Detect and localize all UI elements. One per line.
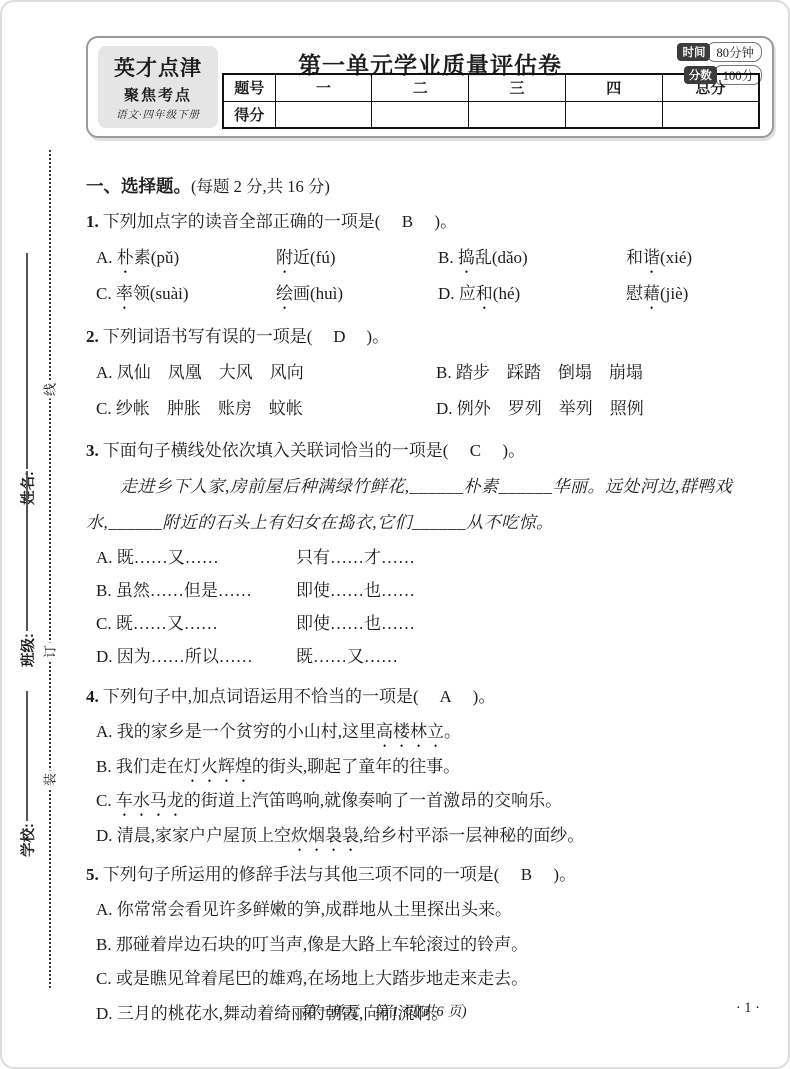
question-5-stem: 5.下列句子所运用的修辞手法与其他三项不同的一项是(B)。 (86, 857, 762, 893)
option-d-left: D. 因为……所以…… (96, 640, 296, 673)
time-label: 时间 (677, 43, 710, 61)
question-4-text: 下列句子中,加点词语运用不恰当的一项是( (103, 687, 419, 706)
score-cell (275, 101, 372, 128)
exam-content: 一、选择题。(每题 2 分,共 16 分) 1.下列加点字的读音全部正确的一项是… (86, 168, 762, 1031)
school-field: 学校: (16, 691, 38, 857)
option-word: C. 率领(suài) (96, 276, 276, 312)
question-1-tail: )。 (434, 212, 457, 231)
question-2-stem: 2.下列词语书写有误的一项是(D)。 (86, 319, 762, 355)
option-word: 慰藉(jiè) (626, 276, 762, 312)
binding-dotted-line (49, 150, 51, 988)
option-a-left: A. 既……又…… (96, 541, 296, 574)
question-4-answer: A (419, 679, 473, 715)
score-label: 分数 (684, 66, 717, 84)
option-b-left: B. 虽然……但是…… (96, 574, 296, 607)
class-field-label: 班级: (17, 633, 38, 667)
option-c: C. 或是瞧见耸着尾巴的雄鸡,在场地上大踏步地走来走去。 (96, 962, 762, 997)
question-3-stem: 3.下面句子横线处依次填入关联词恰当的一项是(C)。 (86, 433, 762, 469)
question-2-number: 2. (86, 327, 99, 346)
option-word: A. 朴素(pǔ) (96, 240, 276, 276)
question-4-stem: 4.下列句子中,加点词语运用不恰当的一项是(A)。 (86, 679, 762, 715)
name-field-blank (26, 253, 28, 469)
question-3-tail: )。 (502, 441, 525, 460)
footer-unit-page-info: 第一单元 第 1 页(共6 页) (301, 1000, 467, 1021)
option-c-left: C. 既……又…… (96, 607, 296, 640)
question-1-text: 下列加点字的读音全部正确的一项是( (103, 212, 381, 231)
section-heading: 一、选择题。(每题 2 分,共 16 分) (86, 168, 762, 204)
question-5-number: 5. (86, 865, 99, 884)
publisher-logo: 英才点津 聚焦考点 语文·四年级下册 (98, 46, 218, 128)
option-word: B. 捣乱(dǎo) (438, 240, 626, 276)
class-field-blank (26, 471, 28, 631)
score-row-label: 得分 (223, 101, 275, 128)
score-table-header-row: 题号 一 二 三 四 总分 (223, 74, 759, 101)
question-1-number: 1. (86, 212, 99, 231)
question-3-number: 3. (86, 441, 99, 460)
score-cell (662, 101, 759, 128)
question-2-tail: )。 (366, 327, 389, 346)
col-four: 四 (565, 74, 662, 101)
option-a: A. 你常常会看见许多鲜嫩的笋,成群地从土里探出头来。 (96, 893, 762, 928)
question-3-text: 下面句子横线处依次填入关联词恰当的一项是( (103, 441, 449, 460)
option-b: B. 我们走在灯火辉煌的街头,聊起了童年的往事。 (96, 750, 762, 785)
question-3-options: A. 既……又…… 只有……才…… B. 虽然……但是…… 即使……也…… C.… (96, 541, 762, 673)
option-word: D. 应和(hé) (438, 276, 626, 312)
question-3-passage: 走进乡下人家,房前屋后种满绿竹鲜花,______朴素______华丽。远处河边,… (86, 469, 762, 541)
binding-char-xian: 线 (41, 381, 60, 399)
option-c: C. 车水马龙的街道上汽笛鸣响,就像奏响了一首激昂的交响乐。 (96, 784, 762, 819)
option-d: D. 清晨,家家户户屋顶上空炊烟袅袅,给乡村平添一层神秘的面纱。 (96, 819, 762, 854)
question-3-answer: C (448, 433, 502, 469)
binding-char-zhuang: 装 (41, 771, 60, 789)
question-5-answer: B (499, 857, 553, 893)
option-a-right: 只有……才…… (296, 541, 762, 574)
option-d-right: 既……又…… (296, 640, 762, 673)
option-word: 绘画(huì) (276, 276, 438, 312)
class-field: 班级: (16, 471, 38, 667)
question-1-options: A. 朴素(pǔ) 附近(fú) B. 捣乱(dǎo) 和谐(xié) C. 率… (96, 240, 762, 312)
score-cell (372, 101, 469, 128)
option-word: 附近(fú) (276, 240, 438, 276)
question-2-options: A. 凤仙 凤凰 大风 风向 B. 踏步 踩踏 倒塌 崩塌 C. 纱帐 肿胀 账… (96, 355, 762, 427)
question-1-stem: 1.下列加点字的读音全部正确的一项是(B)。 (86, 204, 762, 240)
question-2-text: 下列词语书写有误的一项是( (103, 327, 313, 346)
option-a: A. 凤仙 凤凰 大风 风向 (96, 355, 436, 391)
section-title: 一、选择题。 (86, 176, 191, 196)
name-field: 姓名: (16, 253, 38, 505)
option-a: A. 我的家乡是一个贫穷的小山村,这里高楼林立。 (96, 715, 762, 750)
col-one: 一 (275, 74, 372, 101)
question-5-tail: )。 (553, 865, 576, 884)
time-badge: 时间 80分钟 (677, 42, 762, 62)
logo-subtitle: 聚焦考点 (124, 84, 192, 105)
option-b: B. 踏步 踩踏 倒塌 崩塌 (436, 355, 762, 391)
page-footer: 第一单元 第 1 页(共6 页) · 1 · (86, 1000, 770, 1024)
exam-paper-page: 英才点津 聚焦考点 语文·四年级下册 第一单元学业质量评估卷 时间 80分钟 分… (0, 0, 790, 1069)
score-cell (469, 101, 566, 128)
section-score-note: (每题 2 分,共 16 分) (191, 177, 330, 196)
score-table: 题号 一 二 三 四 总分 得分 (222, 73, 760, 129)
col-two: 二 (372, 74, 469, 101)
option-word: 和谐(xié) (626, 240, 762, 276)
score-cell (565, 101, 662, 128)
header-box: 英才点津 聚焦考点 语文·四年级下册 第一单元学业质量评估卷 时间 80分钟 分… (86, 36, 774, 138)
question-number-label: 题号 (223, 74, 275, 101)
binding-char-ding: 订 (41, 643, 60, 661)
option-c-right: 即使……也…… (296, 607, 762, 640)
time-value: 80分钟 (706, 42, 762, 62)
question-4-tail: )。 (473, 687, 496, 706)
score-table-score-row: 得分 (223, 101, 759, 128)
question-1-answer: B (380, 204, 434, 240)
option-b-right: 即使……也…… (296, 574, 762, 607)
question-5-text: 下列句子所运用的修辞手法与其他三项不同的一项是( (103, 865, 500, 884)
school-field-blank (26, 691, 28, 821)
question-2-answer: D (312, 319, 366, 355)
question-4-options: A. 我的家乡是一个贫穷的小山村,这里高楼林立。 B. 我们走在灯火辉煌的街头,… (96, 715, 762, 853)
footer-page-number: · 1 · (736, 1000, 760, 1017)
school-field-label: 学校: (17, 823, 38, 857)
col-three: 三 (469, 74, 566, 101)
question-4-number: 4. (86, 687, 99, 706)
option-c: C. 纱帐 肿胀 账房 蚊帐 (96, 391, 436, 427)
option-d: D. 例外 罗列 举列 照例 (436, 391, 762, 427)
option-b: B. 那碰着岸边石块的叮当声,像是大路上车轮滚过的铃声。 (96, 928, 762, 963)
logo-brand: 英才点津 (114, 52, 202, 82)
logo-book-title: 语文·四年级下册 (116, 107, 200, 122)
